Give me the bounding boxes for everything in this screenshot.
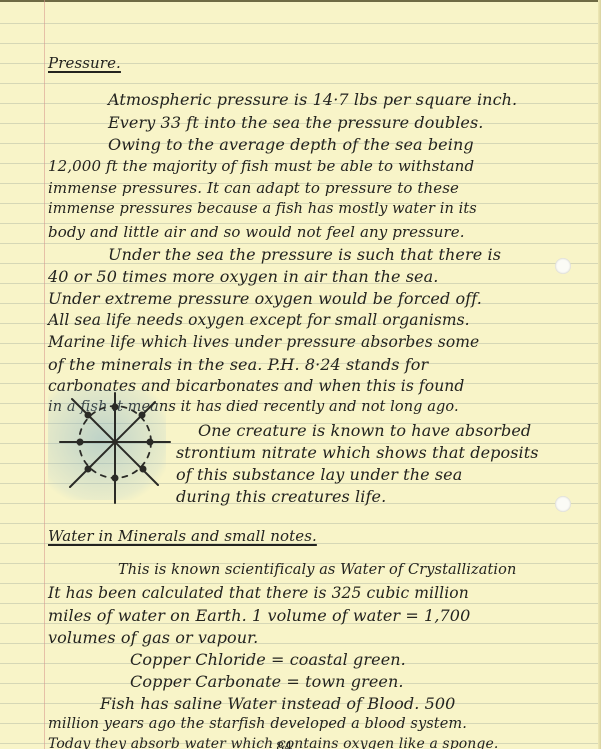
text-line: Under the sea the pressure is such that … <box>108 245 501 264</box>
text-line: 12,000 ft the majority of fish must be a… <box>48 157 474 175</box>
crystal-diagram-icon <box>50 385 180 510</box>
heading-pressure: Pressure. <box>48 54 121 72</box>
text-line: Today they absorb water which contains o… <box>48 736 498 749</box>
text-line: miles of water on Earth. 1 volume of wat… <box>48 606 470 625</box>
notebook-page: Pressure. Atmospheric pressure is 14·7 l… <box>0 0 601 749</box>
text-line: One creature is known to have absorbed <box>198 421 531 440</box>
punch-hole-upper <box>555 258 571 274</box>
text-line: Copper Chloride = coastal green. <box>130 650 406 669</box>
text-line: strontium nitrate which shows that depos… <box>176 443 539 462</box>
text-line: volumes of gas or vapour. <box>48 628 258 647</box>
text-line: Every 33 ft into the sea the pressure do… <box>108 113 484 132</box>
punch-hole-lower <box>555 496 571 512</box>
margin-rule <box>44 0 45 749</box>
page-number: 84 <box>276 740 293 749</box>
text-line: Fish has saline Water instead of Blood. … <box>100 694 455 713</box>
text-line: of the minerals in the sea. P.H. 8·24 st… <box>48 355 428 374</box>
text-line: Copper Carbonate = town green. <box>130 672 404 691</box>
text-line: Atmospheric pressure is 14·7 lbs per squ… <box>108 90 517 109</box>
text-line: body and little air and so would not fee… <box>48 223 465 241</box>
text-line: This is known scientificaly as Water of … <box>118 562 516 578</box>
text-line: 40 or 50 times more oxygen in air than t… <box>48 267 438 286</box>
text-line: Under extreme pressure oxygen would be f… <box>48 289 482 308</box>
text-line: of this substance lay under the sea <box>176 465 462 484</box>
scan-top-edge <box>0 0 601 2</box>
text-line: Marine life which lives under pressure a… <box>48 333 479 351</box>
text-line: It has been calculated that there is 325… <box>48 584 469 602</box>
text-line: during this creatures life. <box>176 487 386 506</box>
text-line: million years ago the starfish developed… <box>48 716 467 732</box>
text-line: All sea life needs oxygen except for sma… <box>48 311 470 329</box>
text-line: Owing to the average depth of the sea be… <box>108 135 474 154</box>
text-line: immense pressures. It can adapt to press… <box>48 179 459 197</box>
heading-water-minerals: Water in Minerals and small notes. <box>48 527 317 545</box>
text-line: immense pressures because a fish has mos… <box>48 201 477 217</box>
